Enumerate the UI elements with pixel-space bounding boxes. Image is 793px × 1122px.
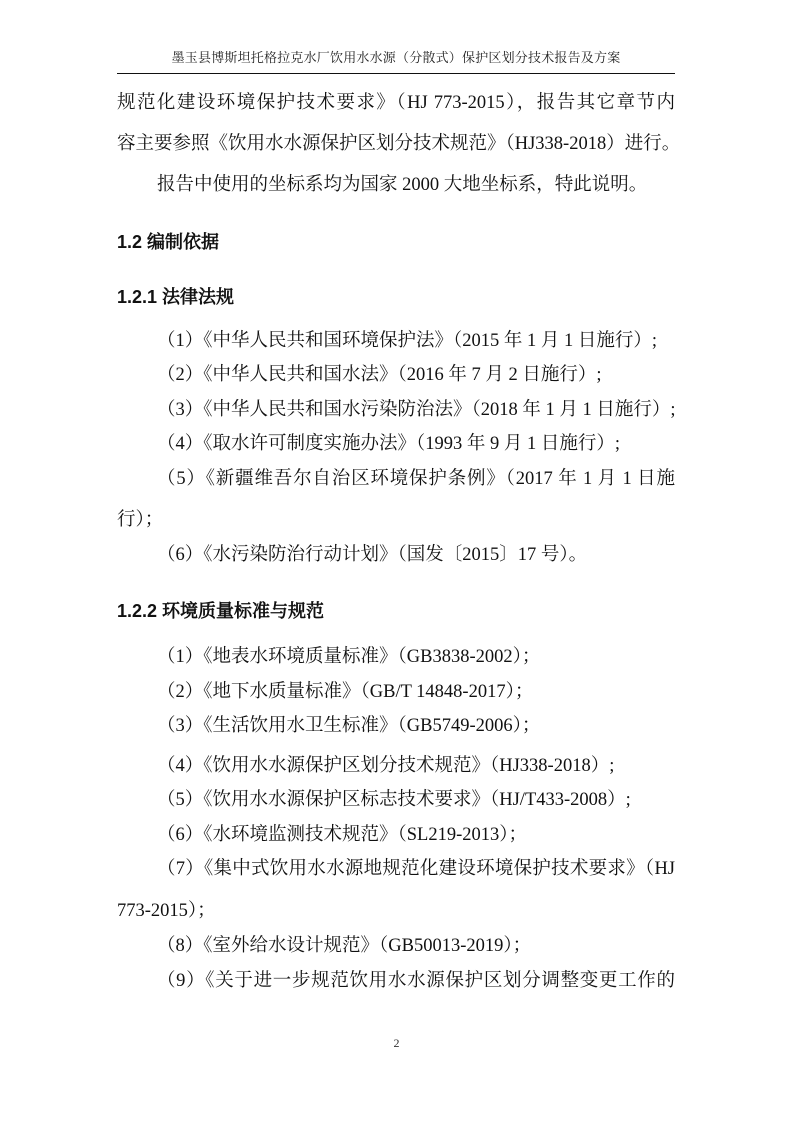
intro-line-2: 容主要参照《饮用水水源保护区划分技术规范》（HJ338-2018）进行。 (117, 131, 680, 157)
law-item-5-cont: 行）； (117, 507, 163, 533)
section-heading-1-2-2: 1.2.2 环境质量标准与规范 (117, 598, 324, 624)
section-heading-1-2: 1.2 编制依据 (117, 229, 219, 255)
standard-item-1: （1）《地表水环境质量标准》（GB3838-2002）； (157, 644, 540, 670)
standard-item-9: （9）《关于进一步规范饮用水水源保护区划分调整变更工作的 (157, 968, 675, 994)
intro-line-1: 规范化建设环境保护技术要求》（HJ 773-2015），报告其它章节内 (117, 90, 675, 116)
law-item-4: （4）《取水许可制度实施办法》（1993 年 9 月 1 日施行）; (157, 431, 620, 457)
law-item-6: （6）《水污染防治行动计划》（国发〔2015〕17 号）。 (157, 542, 587, 568)
intro-line-3: 报告中使用的坐标系均为国家 2000 大地坐标系，特此说明。 (157, 172, 647, 198)
law-item-3: （3）《中华人民共和国水污染防治法》（2018 年 1 月 1 日施行）; (157, 397, 676, 423)
standard-item-8: （8）《室外给水设计规范》（GB50013-2019）； (157, 933, 531, 959)
standard-item-7: （7）《集中式饮用水水源地规范化建设环境保护技术要求》（HJ (157, 856, 675, 882)
standard-item-3: （3）《生活饮用水卫生标准》（GB5749-2006）； (157, 713, 540, 739)
standard-item-5: （5）《饮用水水源保护区标志技术要求》（HJ/T433-2008）; (157, 787, 631, 813)
standard-item-2: （2）《地下水质量标准》（GB/T 14848-2017）； (157, 679, 533, 705)
law-item-1: （1）《中华人民共和国环境保护法》（2015 年 1 月 1 日施行）; (157, 328, 657, 354)
header-rule (117, 73, 675, 74)
standard-item-7-cont: 773-2015）； (117, 898, 216, 924)
law-item-5: （5）《新疆维吾尔自治区环境保护条例》（2017 年 1 月 1 日施 (157, 466, 675, 492)
law-item-2: （2）《中华人民共和国水法》（2016 年 7 月 2 日施行）; (157, 362, 602, 388)
page-number: 2 (0, 1036, 793, 1051)
page-header: 墨玉县博斯坦托格拉克水厂饮用水水源（分散式）保护区划分技术报告及方案 (117, 48, 675, 68)
section-heading-1-2-1: 1.2.1 法律法规 (117, 284, 234, 310)
standard-item-4: （4）《饮用水水源保护区划分技术规范》（HJ338-2018）; (157, 753, 614, 779)
standard-item-6: （6）《水环境监测技术规范》（SL219-2013）； (157, 822, 527, 848)
